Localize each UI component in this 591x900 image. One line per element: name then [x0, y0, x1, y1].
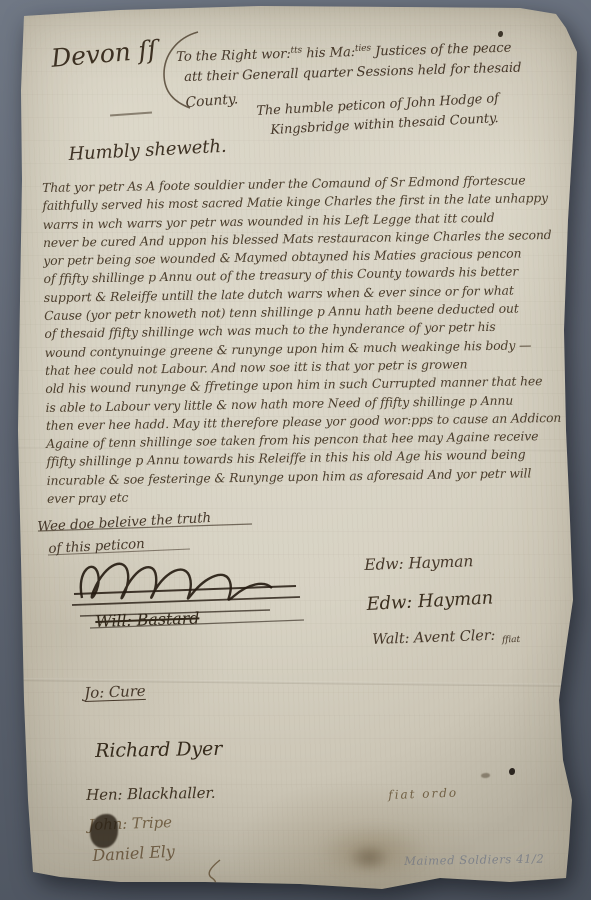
document-page: Devon ſſ To the Right wor:tts his Ma:tie…	[0, 0, 591, 900]
paper-sheet: Devon ſſ To the Right wor:tts his Ma:tie…	[0, 0, 591, 900]
edge-vignette	[0, 0, 591, 900]
photo-backdrop: Devon ſſ To the Right wor:tts his Ma:tie…	[0, 0, 591, 900]
